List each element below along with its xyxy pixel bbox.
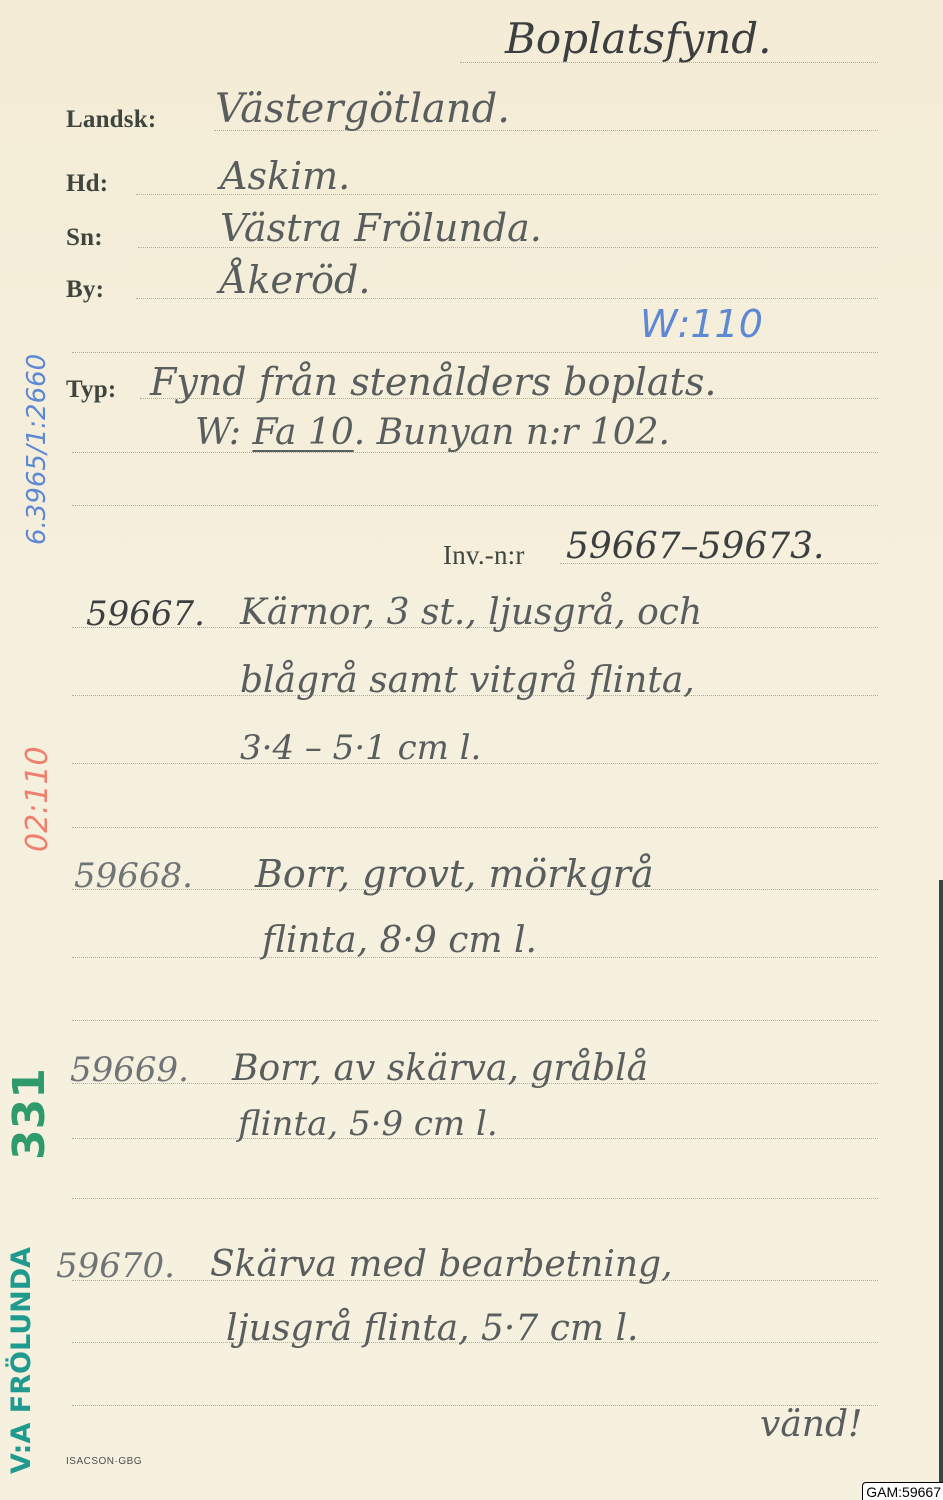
value-by: Åkeröd. bbox=[220, 258, 370, 302]
entry-number: 59669. bbox=[70, 1050, 189, 1090]
annotation-blue-top: W:110 bbox=[640, 302, 763, 346]
typ-prefix: W: bbox=[195, 412, 241, 453]
value-sn: Västra Frölunda. bbox=[220, 206, 542, 250]
annotation-red-margin: 02:110 bbox=[20, 746, 55, 852]
rule-entry-4 bbox=[72, 827, 878, 828]
card-edge-shadow bbox=[939, 880, 943, 1500]
entry-line: blågrå samt vitgrå flinta, bbox=[240, 660, 695, 701]
label-sn: Sn: bbox=[66, 224, 103, 252]
entry-line: Borr, av skärva, gråblå bbox=[232, 1048, 648, 1089]
value-typ-line2: W: Fa 10. Bunyan n:r 102. bbox=[195, 412, 670, 453]
entry-number: 59668. bbox=[74, 856, 193, 896]
card-heading: Boplatsfynd. bbox=[505, 14, 772, 63]
label-landsk: Landsk: bbox=[66, 106, 156, 134]
catalog-id-tag: GAM:59667 bbox=[862, 1482, 943, 1500]
typ-ref: Fa 10 bbox=[252, 412, 353, 453]
entry-line: ljusgrå flinta, 5·7 cm l. bbox=[226, 1308, 638, 1349]
rule-entry-10 bbox=[72, 1198, 878, 1199]
rule-entry-13 bbox=[72, 1405, 878, 1406]
annotation-green-number: 331 bbox=[4, 1068, 55, 1160]
label-hd: Hd: bbox=[66, 170, 108, 198]
entry-line: 3·4 – 5·1 cm l. bbox=[240, 728, 481, 768]
value-hd: Askim. bbox=[220, 154, 350, 198]
typ-suffix: . Bunyan n:r 102. bbox=[354, 412, 670, 453]
printer-mark: ISACSON·GBG bbox=[66, 1456, 142, 1467]
value-inv: 59667–59673. bbox=[566, 526, 825, 567]
entry-line: Skärva med bearbetning, bbox=[210, 1244, 673, 1285]
label-inv: Inv.-n:r bbox=[443, 540, 525, 571]
rule-blank-2 bbox=[72, 505, 878, 506]
entry-line: flinta, 8·9 cm l. bbox=[262, 920, 537, 961]
annotation-blue-margin: 6.3965/1:2660 bbox=[22, 354, 52, 545]
label-by: By: bbox=[66, 276, 104, 304]
entry-line: Borr, grovt, mörkgrå bbox=[255, 852, 654, 896]
label-typ: Typ: bbox=[66, 376, 116, 404]
entry-number: 59667. bbox=[86, 594, 205, 634]
value-landsk: Västergötland. bbox=[215, 86, 510, 132]
rule-entry-7 bbox=[72, 1020, 878, 1021]
turn-note: vänd! bbox=[760, 1404, 863, 1445]
stamp-parish: V:A FRÖLUNDA bbox=[6, 1247, 37, 1474]
entry-line: flinta, 5·9 cm l. bbox=[238, 1104, 498, 1144]
entry-number: 59670. bbox=[56, 1246, 175, 1286]
value-typ-line1: Fynd från stenålders boplats. bbox=[150, 360, 716, 404]
entry-line: Kärnor, 3 st., ljusgrå, och bbox=[240, 592, 702, 633]
index-card: Boplatsfynd. Landsk: Västergötland. Hd: … bbox=[0, 0, 943, 1500]
rule-blank-1 bbox=[72, 352, 878, 353]
